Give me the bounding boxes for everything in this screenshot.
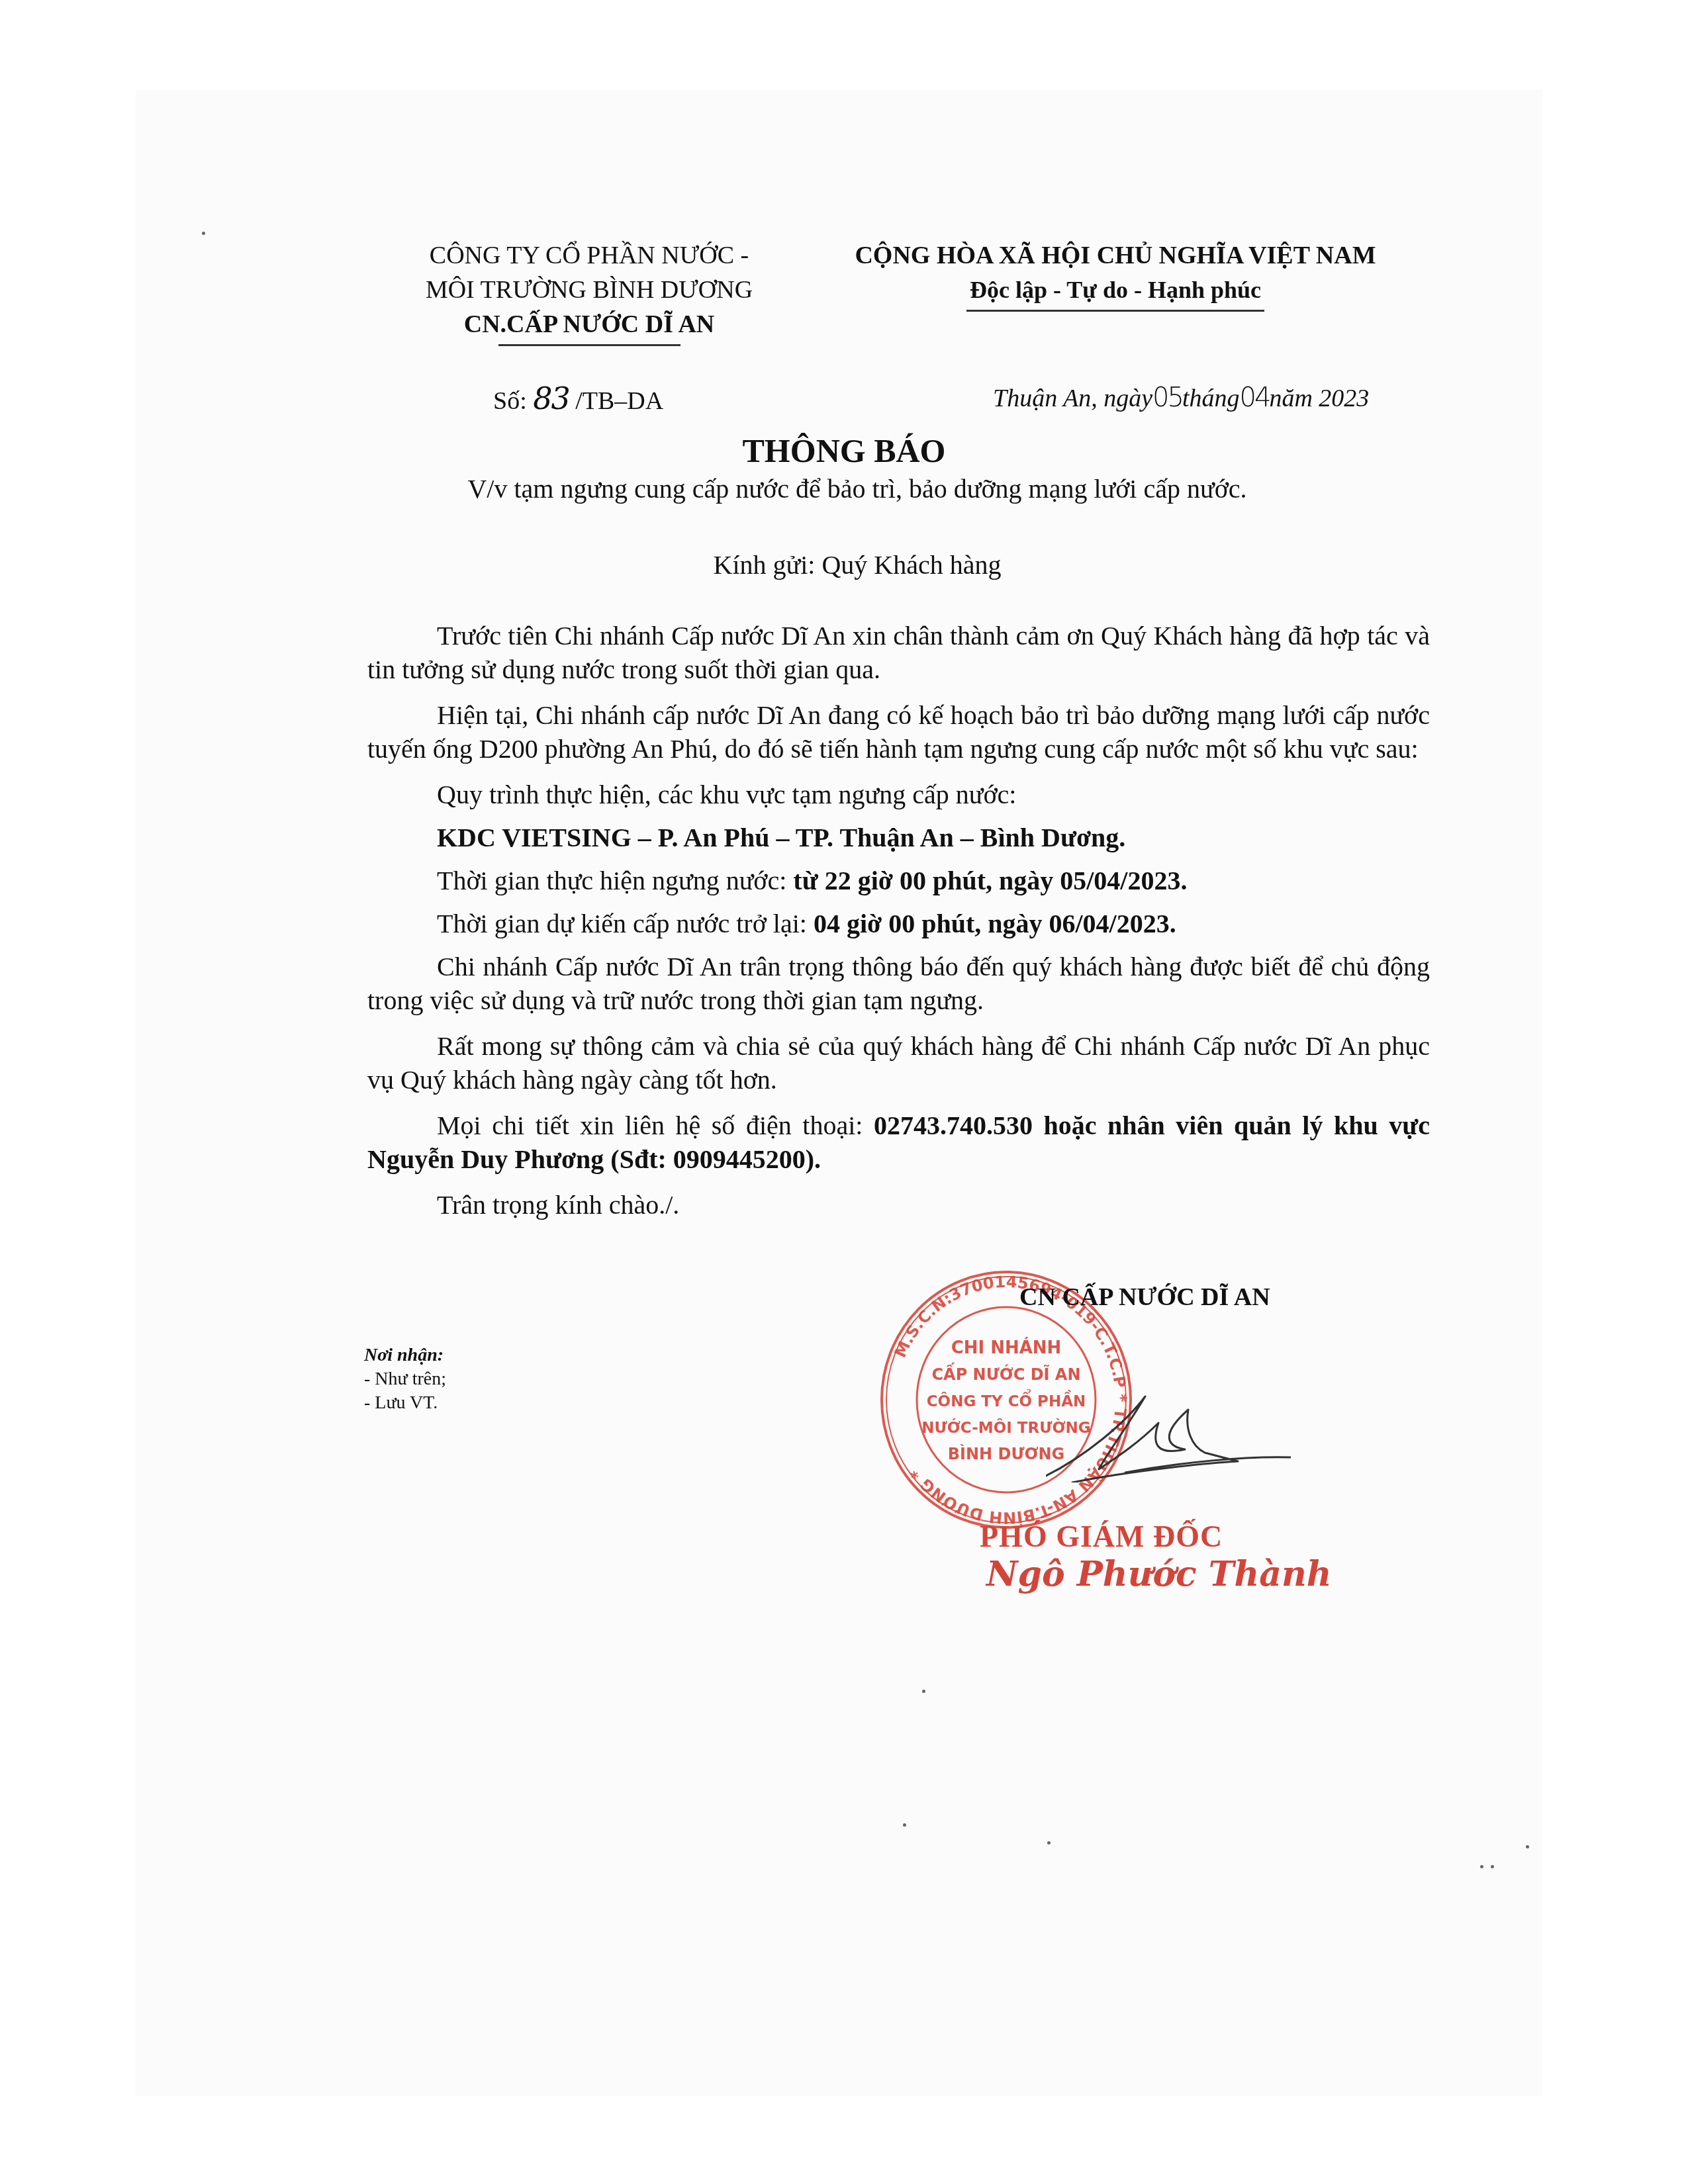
- document-subject: V/v tạm ngưng cung cấp nước để bảo trì, …: [0, 473, 1688, 504]
- scan-speck: [1491, 1865, 1494, 1868]
- salutation: Kính gửi: Quý Khách hàng: [0, 549, 1688, 580]
- affected-area: KDC VIETSING – P. An Phú – TP. Thuận An …: [367, 821, 1430, 854]
- body-paragraph: Hiện tại, Chi nhánh cấp nước Dĩ An đang …: [367, 698, 1430, 766]
- scan-speck: [202, 232, 205, 235]
- date-year: năm 2023: [1269, 385, 1369, 412]
- scan-speck: [922, 1690, 925, 1693]
- issuer-line-1: CÔNG TY CỔ PHẦN NƯỚC -: [391, 238, 788, 273]
- recipients-label: Nơi nhận:: [364, 1343, 446, 1367]
- number-suffix: /TB–DA: [575, 387, 663, 415]
- recipient-item: - Như trên;: [364, 1367, 446, 1391]
- seal-line: CHI NHÁNH: [951, 1337, 1062, 1358]
- closing: Trân trọng kính chào./.: [367, 1188, 1430, 1222]
- scan-speck: [903, 1823, 906, 1827]
- document-title: THÔNG BÁO: [0, 430, 1688, 471]
- stop-time-value: từ 22 giờ 00 phút, ngày 05/04/2023.: [793, 866, 1187, 895]
- document-number: Số: 83 /TB–DA: [493, 381, 663, 416]
- seal-line: CẤP NƯỚC DĨ AN: [931, 1362, 1080, 1384]
- recipients-block: Nơi nhận: - Như trên; - Lưu VT.: [364, 1343, 446, 1415]
- contact-prefix: Mọi chi tiết xin liên hệ số điện thoại:: [437, 1111, 863, 1140]
- body-paragraph: Trước tiên Chi nhánh Cấp nước Dĩ An xin …: [367, 619, 1430, 686]
- issuer-line-2: MÔI TRƯỜNG BÌNH DƯƠNG: [391, 273, 788, 307]
- body-paragraph: Chi nhánh Cấp nước Dĩ An trân trọng thôn…: [367, 950, 1430, 1017]
- scan-speck: [1526, 1845, 1529, 1848]
- handwritten-number: 83: [533, 381, 569, 416]
- national-header: CỘNG HÒA XÃ HỘI CHỦ NGHĨA VIỆT NAM Độc l…: [818, 238, 1413, 312]
- resume-time-value: 04 giờ 00 phút, ngày 06/04/2023.: [814, 909, 1176, 938]
- resume-time-label: Thời gian dự kiến cấp nước trở lại:: [437, 909, 807, 938]
- recipient-item: - Lưu VT.: [364, 1391, 446, 1415]
- stop-time-label: Thời gian thực hiện ngưng nước:: [437, 866, 786, 895]
- affected-area-text: KDC VIETSING – P. An Phú – TP. Thuận An …: [437, 823, 1125, 852]
- document-body: Trước tiên Chi nhánh Cấp nước Dĩ An xin …: [367, 619, 1430, 1231]
- body-paragraph: Quy trình thực hiện, các khu vực tạm ngư…: [367, 778, 1430, 811]
- date-place: Thuận An, ngày: [993, 385, 1152, 412]
- issuer-block: CÔNG TY CỔ PHẦN NƯỚC - MÔI TRƯỜNG BÌNH D…: [391, 238, 788, 346]
- contact-paragraph: Mọi chi tiết xin liên hệ số điện thoại: …: [367, 1109, 1430, 1176]
- date-month: 04: [1240, 383, 1270, 413]
- scan-speck: [1047, 1841, 1051, 1844]
- signer-name: Ngô Phước Thành: [986, 1554, 1332, 1594]
- issuer-underline: [498, 344, 680, 346]
- issuer-branch: CN.CẤP NƯỚC DĨ AN: [391, 307, 788, 341]
- document-date: Thuận An, ngày05tháng04năm 2023: [993, 383, 1369, 413]
- body-paragraph: Rất mong sự thông cảm và chia sẻ của quý…: [367, 1029, 1430, 1097]
- signing-organization: CN CẤP NƯỚC DĨ AN: [1019, 1283, 1270, 1312]
- date-day: 05: [1152, 383, 1182, 413]
- number-prefix: Số:: [493, 387, 527, 415]
- scan-speck: [1480, 1865, 1483, 1868]
- national-motto: Độc lập - Tự do - Hạnh phúc: [818, 273, 1413, 307]
- stop-time: Thời gian thực hiện ngưng nước: từ 22 gi…: [367, 864, 1430, 897]
- resume-time: Thời gian dự kiến cấp nước trở lại: 04 g…: [367, 907, 1430, 940]
- signer-title: PHÓ GIÁM ĐỐC: [980, 1519, 1223, 1554]
- handwritten-signature: [1046, 1383, 1291, 1482]
- nation-name: CỘNG HÒA XÃ HỘI CHỦ NGHĨA VIỆT NAM: [818, 238, 1413, 273]
- motto-underline: [966, 310, 1264, 312]
- date-month-label: tháng: [1182, 385, 1240, 412]
